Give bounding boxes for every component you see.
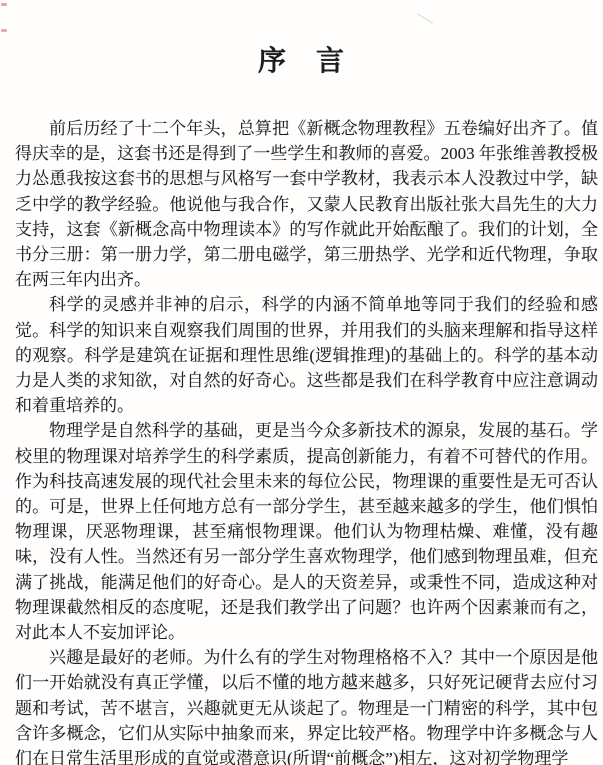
paragraph: 科学的灵感并非神的启示，科学的内涵不简单地等同于我们的经验和感觉。科学的知识来自… bbox=[15, 292, 598, 418]
scan-artifact-scratch bbox=[417, 13, 433, 23]
page-title: 序 言 bbox=[0, 39, 603, 79]
scan-artifact-red-mark bbox=[1, 29, 7, 32]
paragraph: 前后历经了十二个年头，总算把《新概念物理教程》五卷编好出齐了。值得庆幸的是，这套… bbox=[15, 116, 598, 292]
paragraph: 兴趣是最好的老师。为什么有的学生对物理格格不入？其中一个原因是他们一开始就没有真… bbox=[15, 645, 598, 765]
page-body: 前后历经了十二个年头，总算把《新概念物理教程》五卷编好出齐了。值得庆幸的是，这套… bbox=[15, 116, 598, 765]
scan-artifact-red-mark bbox=[1, 3, 7, 6]
paragraph: 物理学是自然科学的基础，更是当今众多新技术的源泉，发展的基石。学校里的物理课对培… bbox=[15, 418, 598, 645]
scanned-book-page: 序 言 前后历经了十二个年头，总算把《新概念物理教程》五卷编好出齐了。值得庆幸的… bbox=[0, 0, 603, 765]
